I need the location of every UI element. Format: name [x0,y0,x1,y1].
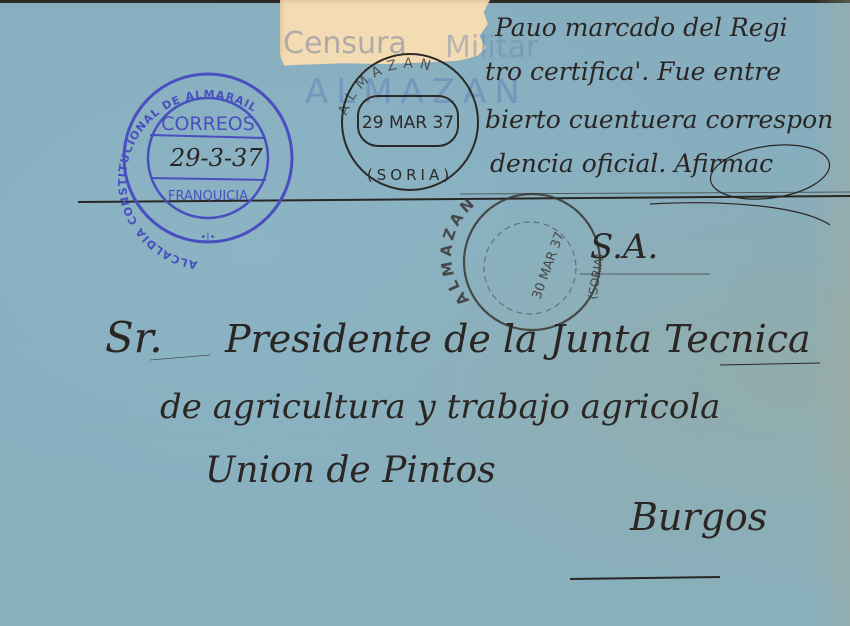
municipal-franquicia-stamp: ALCALDIA CONSTITUCIONAL DE ALMARAIL CORR… [116,74,292,271]
stamps-and-handwriting: ALCALDIA CONSTITUCIONAL DE ALMARAIL CORR… [0,0,850,626]
postmark2-date: 30 MAR 37 [530,230,568,301]
address-underline [570,577,720,579]
postmark-almazan-30mar37: ALMAZAN 30 MAR 37 (SORIA) [437,192,607,330]
note-line-2: tro certifica'. Fue entre [485,57,781,86]
postmark1-town: ALMAZAN [335,56,438,118]
municipal-stamp-handwritten-date: 29-3-37 [169,144,263,172]
address-block: Sr. Presidente de la Junta Tecnica de ag… [105,313,820,579]
address-line-1: Presidente de la Junta Tecnica [224,317,811,361]
postmark-almazan-29mar37: 29 MAR 37 (SORIA) ALMAZAN [335,54,478,190]
initials-mark: S.A. [590,227,658,267]
note-line-1: Pauo marcado del Regi [494,13,788,42]
municipal-stamp-ornament: •|• [200,232,215,243]
postmark1-date: 29 MAR 37 [362,113,454,133]
municipal-stamp-franquicia: FRANQUICIA [168,189,248,204]
note-line-4: dencia oficial. Afirmac [490,149,773,178]
note-line-3: bierto cuentuera correspon [485,105,833,134]
address-line-4: Burgos [629,495,767,539]
address-line-2: de agricultura y trabajo agricola [160,387,720,427]
svg-text:ALMAZAN: ALMAZAN [335,56,438,118]
address-line-3: Union de Pintos [205,450,496,491]
envelope-cover: Censura Militar ALMAZAN ALCALDIA CONSTIT… [0,0,850,626]
svg-text:ALMAZAN: ALMAZAN [437,192,481,309]
municipal-stamp-correos: CORREOS [161,113,255,135]
postmark2-town: ALMAZAN [437,192,481,309]
postmark1-province: (SORIA) [367,166,453,184]
address-salutation: Sr. [105,313,163,362]
